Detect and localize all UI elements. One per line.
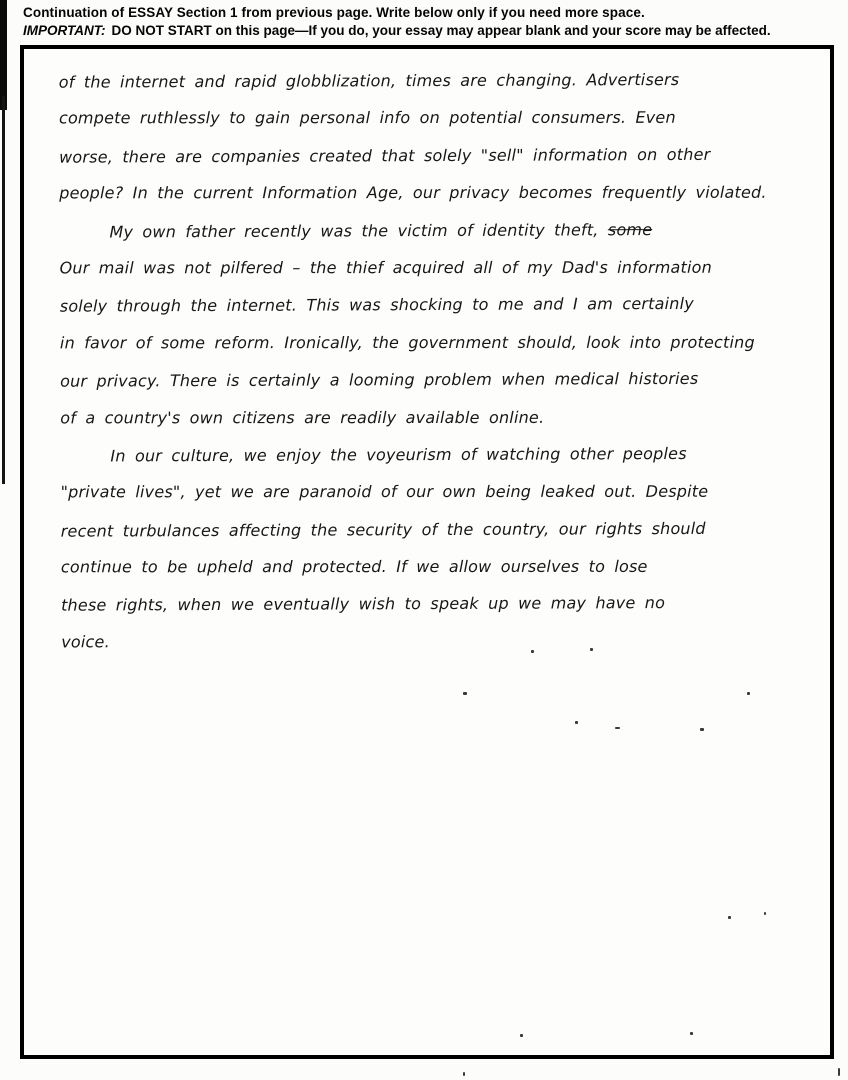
scan-speck: [590, 648, 593, 651]
essay-answer-box: of the internet and rapid globblization,…: [20, 45, 834, 1059]
handwritten-line: "private lives", yet we are paranoid of …: [61, 473, 821, 511]
page-header: Continuation of ESSAY Section 1 from pre…: [23, 5, 833, 38]
handwritten-line: In our culture, we enjoy the voyeurism o…: [60, 434, 820, 475]
scan-speck: [531, 650, 534, 653]
scan-speck: [463, 692, 467, 695]
handwritten-line: in favor of some reform. Ironically, the…: [60, 323, 820, 361]
handwritten-line: of a country's own citizens are readily …: [60, 398, 820, 436]
scan-edge-artifact: [2, 96, 5, 484]
handwritten-line: these rights, when we eventually wish to…: [61, 584, 821, 625]
handwritten-line: our privacy. There is certainly a loomin…: [60, 359, 820, 400]
scan-speck: [838, 1068, 840, 1076]
handwritten-line: continue to be upheld and protected. If …: [61, 548, 821, 586]
handwritten-line: solely through the internet. This was sh…: [60, 285, 820, 326]
handwritten-line: compete ruthlessly to gain personal info…: [59, 99, 819, 137]
scan-speck: [747, 692, 750, 695]
scan-speck: [700, 728, 704, 731]
scan-speck: [615, 727, 620, 729]
scan-speck: [575, 721, 578, 724]
handwritten-essay: of the internet and rapid globblization,…: [59, 60, 822, 662]
handwritten-line: worse, there are companies created that …: [59, 135, 819, 176]
handwritten-line: voice.: [61, 623, 821, 661]
warning-text: DO NOT START on this page—If you do, you…: [112, 23, 771, 38]
scan-speck: [728, 916, 731, 919]
scan-speck: [690, 1032, 693, 1035]
important-warning: IMPORTANT:DO NOT START on this page—If y…: [23, 23, 833, 38]
scanned-essay-page: Continuation of ESSAY Section 1 from pre…: [0, 0, 848, 1080]
handwritten-line: Our mail was not pilfered – the thief ac…: [60, 249, 820, 287]
scan-speck: [520, 1034, 523, 1037]
scan-speck: [463, 1072, 465, 1076]
scan-edge-artifact-top: [0, 0, 7, 110]
continuation-instruction: Continuation of ESSAY Section 1 from pre…: [23, 5, 833, 20]
crossed-out-word: some: [608, 220, 652, 239]
handwritten-line: My own father recently was the victim of…: [59, 210, 819, 251]
handwritten-line: of the internet and rapid globblization,…: [59, 60, 819, 101]
scan-speck: [764, 912, 766, 915]
handwritten-line: people? In the current Information Age, …: [59, 174, 819, 212]
handwritten-line: recent turbulances affecting the securit…: [61, 509, 821, 550]
important-label: IMPORTANT:: [23, 23, 106, 38]
